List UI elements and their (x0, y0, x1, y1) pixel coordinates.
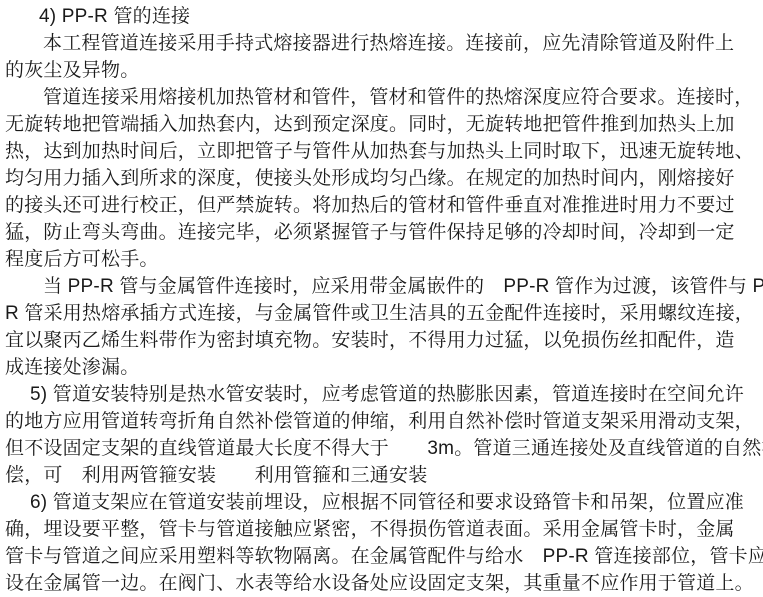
text-line: 热，达到加热时间后，立即把管子与管件从加热套与加热头上同时取下，迅速无旋转地、 (5, 138, 755, 165)
text-line: 当 PP-R 管与金属管件连接时，应采用带金属嵌件的 PP-R 管作为过渡，该管… (5, 273, 755, 300)
text-line: 设在金属管一边。在阀门、水表等给水设备处应设固定支架，其重量不应作用于管道上。 (5, 570, 755, 597)
text-line: 成连接处渗漏。 (5, 354, 755, 381)
text-line: 管道连接采用熔接机加热管材和管件，管材和管件的热熔深度应符合要求。连接时， (5, 84, 755, 111)
text-line: 的接头还可进行校正，但严禁旋转。将加热后的管材和管件垂直对准推进时用力不要过 (5, 192, 755, 219)
item-6-heading-line: 6) 管道支架应在管道安装前埋设，应根据不同管径和要求设臵管卡和吊架，位置应准 (5, 489, 755, 516)
text-line: R 管采用热熔承插方式连接，与金属管件或卫生洁具的五金配件连接时，采用螺纹连接， (5, 300, 755, 327)
text-line: 本工程管道连接采用手持式熔接器进行热熔连接。连接前，应先清除管道及附件上 (5, 30, 755, 57)
text-line: 猛，防止弯头弯曲。连接完毕，必须紧握管子与管件保持足够的冷却时间，冷却到一定 (5, 219, 755, 246)
document-page: 4) PP-R 管的连接 本工程管道连接采用手持式熔接器进行热熔连接。连接前，应… (0, 0, 763, 597)
text-line: 无旋转地把管端插入加热套内，达到预定深度。同时，无旋转地把管件推到加热头上加 (5, 111, 755, 138)
item-4-heading-line: 4) PP-R 管的连接 (5, 3, 755, 30)
text-line: 但不设固定支架的直线管道最大长度不得大于 3m。管道三通连接处及直线管道的自然补 (5, 435, 755, 462)
text-line: 均匀用力插入到所求的深度，使接头处形成均匀凸缘。在规定的加热时间内，刚熔接好 (5, 165, 755, 192)
text-line: 偿，可 利用两管箍安装 利用管箍和三通安装 (5, 462, 755, 489)
item-5-heading-line: 5) 管道安装特别是热水管安装时，应考虑管道的热膨胀因素，管道连接时在空间允许 (5, 381, 755, 408)
text-line: 管卡与管道之间应采用塑料等软物隔离。在金属管配件与给水 PP-R 管连接部位，管… (5, 543, 755, 570)
text-line: 程度后方可松手。 (5, 246, 755, 273)
text-line: 确，埋设要平整，管卡与管道接触应紧密，不得损伤管道表面。采用金属管卡时，金属 (5, 516, 755, 543)
text-line: 的地方应用管道转弯折角自然补偿管道的伸缩，利用自然补偿时管道支架采用滑动支架， (5, 408, 755, 435)
text-line: 的灰尘及异物。 (5, 57, 755, 84)
text-line: 宜以聚丙乙烯生料带作为密封填充物。安装时，不得用力过猛，以免损伤丝扣配件，造 (5, 327, 755, 354)
